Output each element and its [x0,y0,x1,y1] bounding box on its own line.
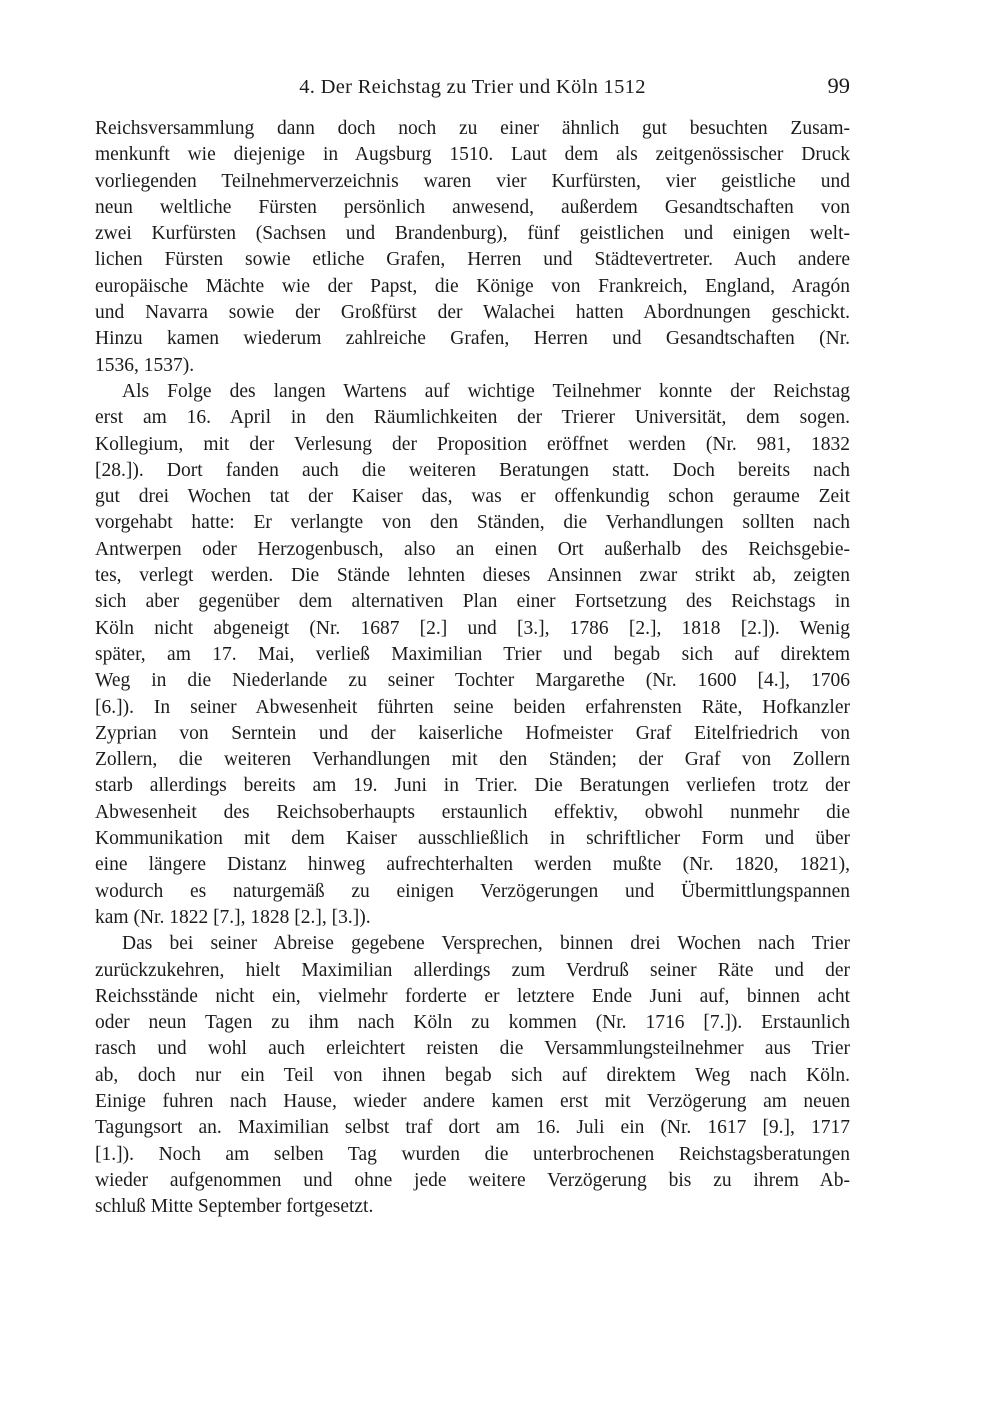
text-line: Als Folge des langen Wartens auf wichtig… [95,379,850,405]
text-line: Tagungsort an. Maximilian selbst traf do… [95,1115,850,1141]
text-line: oder neun Tagen zu ihm nach Köln zu komm… [95,1010,850,1036]
text-line: europäische Mächte wie der Papst, die Kö… [95,274,850,300]
text-line: Reichsversammlung dann doch noch zu eine… [95,116,850,142]
text-line: menkunft wie diejenige in Augsburg 1510.… [95,142,850,168]
text-line: Einige fuhren nach Hause, wieder andere … [95,1089,850,1115]
text-line: rasch und wohl auch erleichtert reisten … [95,1036,850,1062]
book-page: 4. Der Reichstag zu Trier und Köln 1512 … [0,0,1004,1418]
text-line: Zollern, die weiteren Verhandlungen mit … [95,747,850,773]
text-line: Reichsstände nicht ein, vielmehr fordert… [95,984,850,1010]
text-line: Abwesenheit des Reichsoberhaupts erstaun… [95,800,850,826]
text-line: vorliegenden Teilnehmerverzeichnis waren… [95,169,850,195]
text-line: erst am 16. April in den Räumlichkeiten … [95,405,850,431]
text-line: [28.]). Dort fanden auch die weiteren Be… [95,458,850,484]
text-line: später, am 17. Mai, verließ Maximilian T… [95,642,850,668]
text-line: starb allerdings bereits am 19. Juni in … [95,773,850,799]
text-line: gut drei Wochen tat der Kaiser das, was … [95,484,850,510]
text-line: zurückzukehren, hielt Maximilian allerdi… [95,958,850,984]
text-line: und Navarra sowie der Großfürst der Wala… [95,300,850,326]
text-line: vorgehabt hatte: Er verlangte von den St… [95,510,850,536]
text-line: Antwerpen oder Herzogenbusch, also an ei… [95,537,850,563]
text-line: wieder aufgenommen und ohne jede weitere… [95,1168,850,1194]
text-line: sich aber gegenüber dem alternativen Pla… [95,589,850,615]
text-line: Weg in die Niederlande zu seiner Tochter… [95,668,850,694]
text-line: schluß Mitte September fortgesetzt. [95,1194,850,1220]
text-line: wodurch es naturgemäß zu einigen Verzöge… [95,879,850,905]
text-line: Kollegium, mit der Verlesung der Proposi… [95,432,850,458]
text-line: ab, doch nur ein Teil von ihnen begab si… [95,1063,850,1089]
paragraph: Reichsversammlung dann doch noch zu eine… [95,116,850,379]
text-line: Hinzu kamen wiederum zahlreiche Grafen, … [95,326,850,352]
text-line: Kommunikation mit dem Kaiser ausschließl… [95,826,850,852]
running-header: 4. Der Reichstag zu Trier und Köln 1512 … [95,76,850,102]
text-line: Das bei seiner Abreise gegebene Versprec… [95,931,850,957]
text-line: Zyprian von Serntein und der kaiserliche… [95,721,850,747]
text-line: kam (Nr. 1822 [7.], 1828 [2.], [3.]). [95,905,850,931]
text-line: [1.]). Noch am selben Tag wurden die unt… [95,1142,850,1168]
page-number: 99 [828,73,851,99]
text-line: [6.]). In seiner Abwesenheit führten sei… [95,695,850,721]
text-line: lichen Fürsten sowie etliche Grafen, Her… [95,247,850,273]
text-line: neun weltliche Fürsten persönlich anwese… [95,195,850,221]
text-line: zwei Kurfürsten (Sachsen und Brandenburg… [95,221,850,247]
text-body: Reichsversammlung dann doch noch zu eine… [95,116,850,1220]
chapter-header: 4. Der Reichstag zu Trier und Köln 1512 [95,76,850,99]
paragraph: Das bei seiner Abreise gegebene Versprec… [95,931,850,1220]
paragraph: Als Folge des langen Wartens auf wichtig… [95,379,850,931]
text-line: 1536, 1537). [95,353,850,379]
text-line: eine längere Distanz hinweg aufrechterha… [95,852,850,878]
text-line: tes, verlegt werden. Die Stände lehnten … [95,563,850,589]
text-line: Köln nicht abgeneigt (Nr. 1687 [2.] und … [95,616,850,642]
